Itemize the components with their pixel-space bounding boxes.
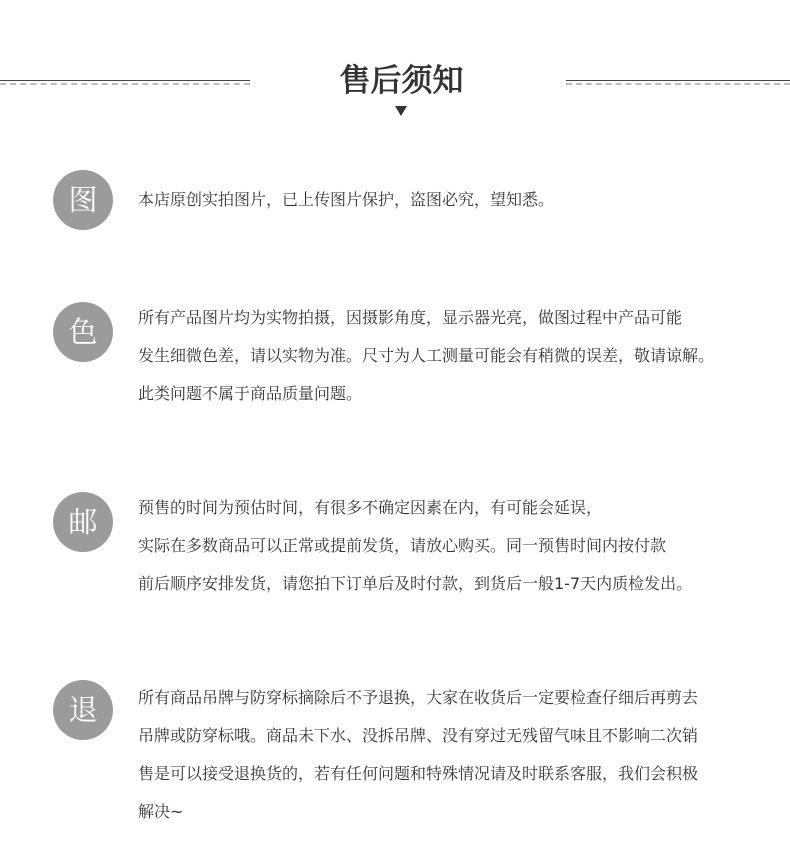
down-triangle-icon	[395, 106, 407, 116]
notice-text: 所有商品吊牌与防穿标摘除后不予退换，大家在收货后一定要检查仔细后再剪去 吊牌或防…	[138, 679, 698, 831]
image-badge-icon: 图	[53, 170, 113, 230]
notice-line: 解决~	[138, 793, 698, 831]
notice-line: 实际在多数商品可以正常或提前发货，请放心购买。同一预售时间内按付款	[138, 527, 692, 565]
notice-text: 预售的时间为预估时间，有很多不确定因素在内，有可能会延误， 实际在多数商品可以正…	[138, 489, 692, 603]
notice-line: 所有商品吊牌与防穿标摘除后不予退换，大家在收货后一定要检查仔细后再剪去	[138, 679, 698, 717]
notice-line: 所有产品图片均为实物拍摄，因摄影角度，显示器光亮，做图过程中产品可能	[138, 299, 714, 337]
notice-line: 前后顺序安排发货，请您拍下订单后及时付款，到货后一般1-7天内质检发出。	[138, 565, 692, 603]
notice-text: 所有产品图片均为实物拍摄，因摄影角度，显示器光亮，做图过程中产品可能 发生细微色…	[138, 299, 714, 413]
page-title-text: 售后须知	[340, 63, 464, 99]
notice-line: 售是可以接受退换货的，若有任何问题和特殊情况请及时联系客服，我们会积极	[138, 755, 698, 793]
notice-text: 本店原创实拍图片，已上传图片保护，盗图必究，望知悉。	[138, 181, 554, 219]
notice-line: 预售的时间为预估时间，有很多不确定因素在内，有可能会延误，	[138, 489, 692, 527]
notice-line: 发生细微色差，请以实物为准。尺寸为人工测量可能会有稍微的误差，敬请谅解。	[138, 337, 714, 375]
page-title: 售后须知	[0, 61, 790, 101]
color-badge-icon: 色	[53, 302, 113, 362]
notice-line: 本店原创实拍图片，已上传图片保护，盗图必究，望知悉。	[138, 181, 554, 219]
returns-badge-icon: 退	[53, 680, 113, 740]
notice-line: 吊牌或防穿标哦。商品未下水、没拆吊牌、没有穿过无残留气味且不影响二次销	[138, 717, 698, 755]
notice-line: 此类问题不属于商品质量问题。	[138, 375, 714, 413]
shipping-badge-icon: 邮	[53, 492, 113, 552]
